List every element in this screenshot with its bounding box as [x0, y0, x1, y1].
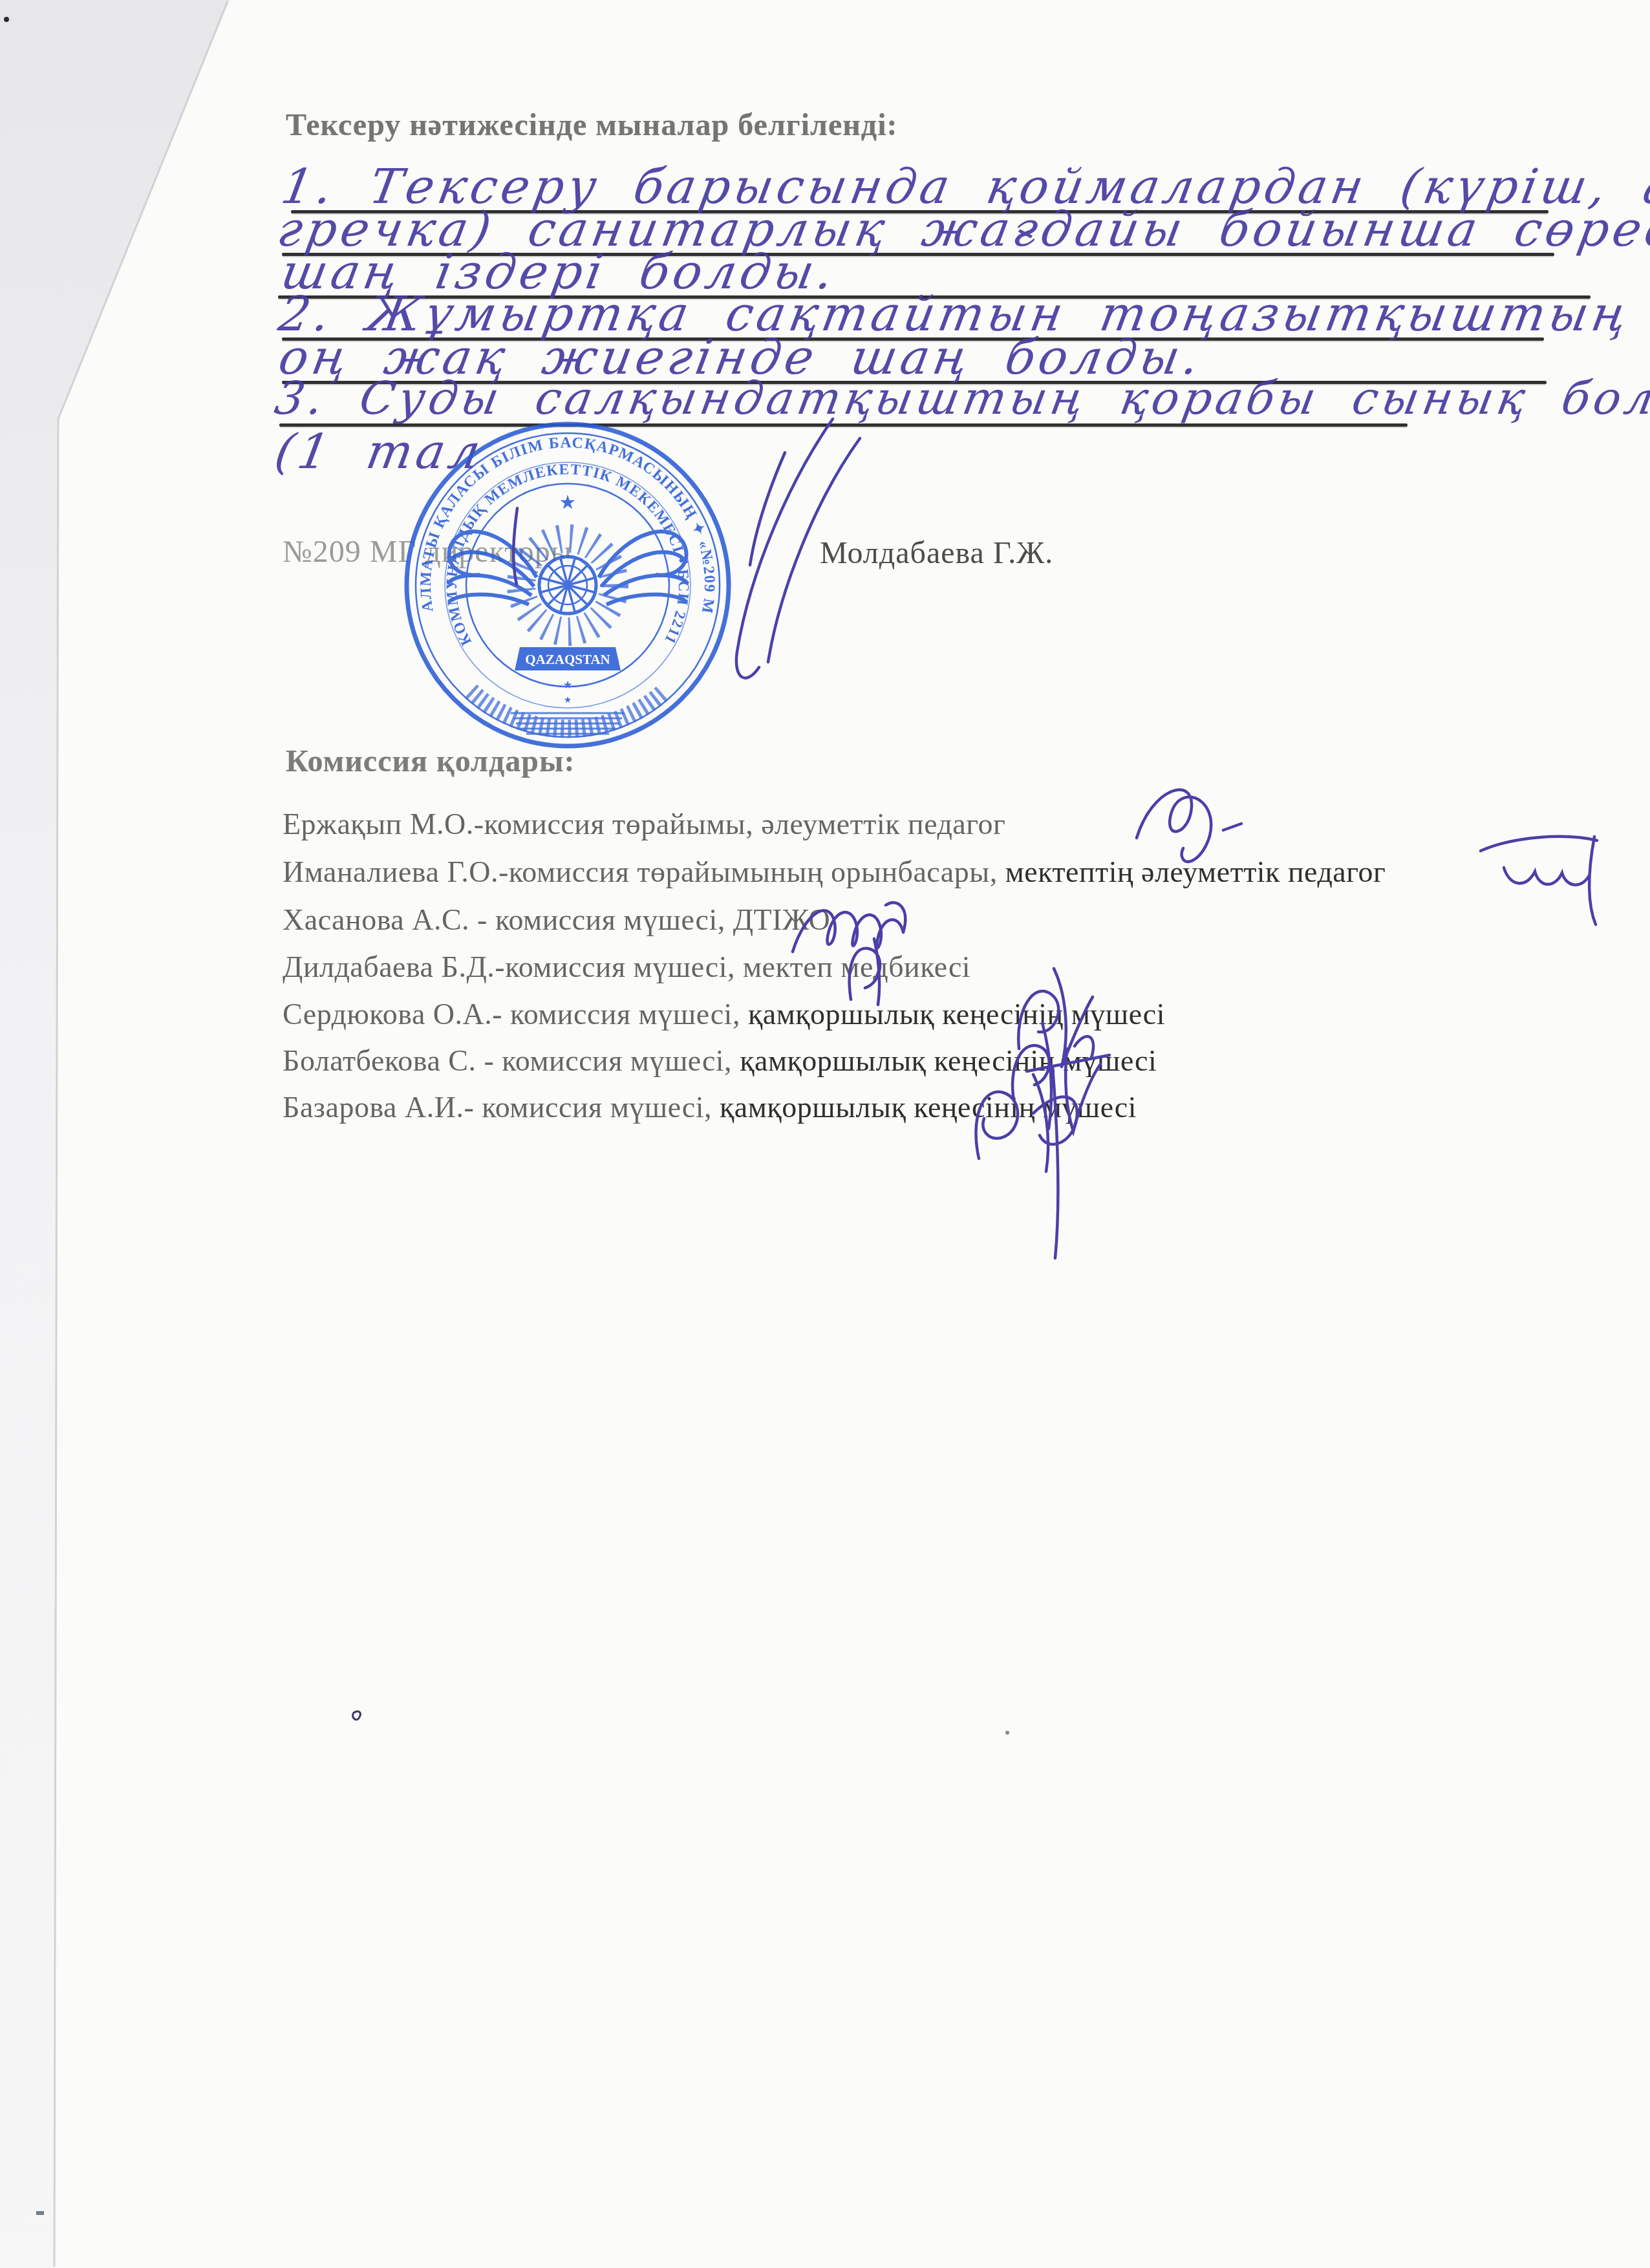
signature-bazarova [976, 1067, 1077, 1258]
ink-speck [353, 1711, 361, 1720]
ink-overlay [0, 0, 1650, 2268]
scan-speck [36, 2211, 44, 2215]
paper-edge-line [54, 1, 228, 2267]
signature-imanalieva [1481, 837, 1597, 925]
scan-speck [4, 17, 9, 22]
signature-serdyukova [1018, 968, 1093, 1067]
signature-dildabaeva [850, 939, 880, 1005]
scan-speck [1005, 1731, 1009, 1735]
signature-khasanova [793, 903, 905, 952]
director-signature [513, 419, 860, 678]
signature-bolatbekova [1012, 1023, 1109, 1131]
scanned-document-page: Тексеру нәтижесінде мыналар белгіленді: … [0, 0, 1650, 2268]
signature-yerzhakyp [1137, 790, 1241, 862]
